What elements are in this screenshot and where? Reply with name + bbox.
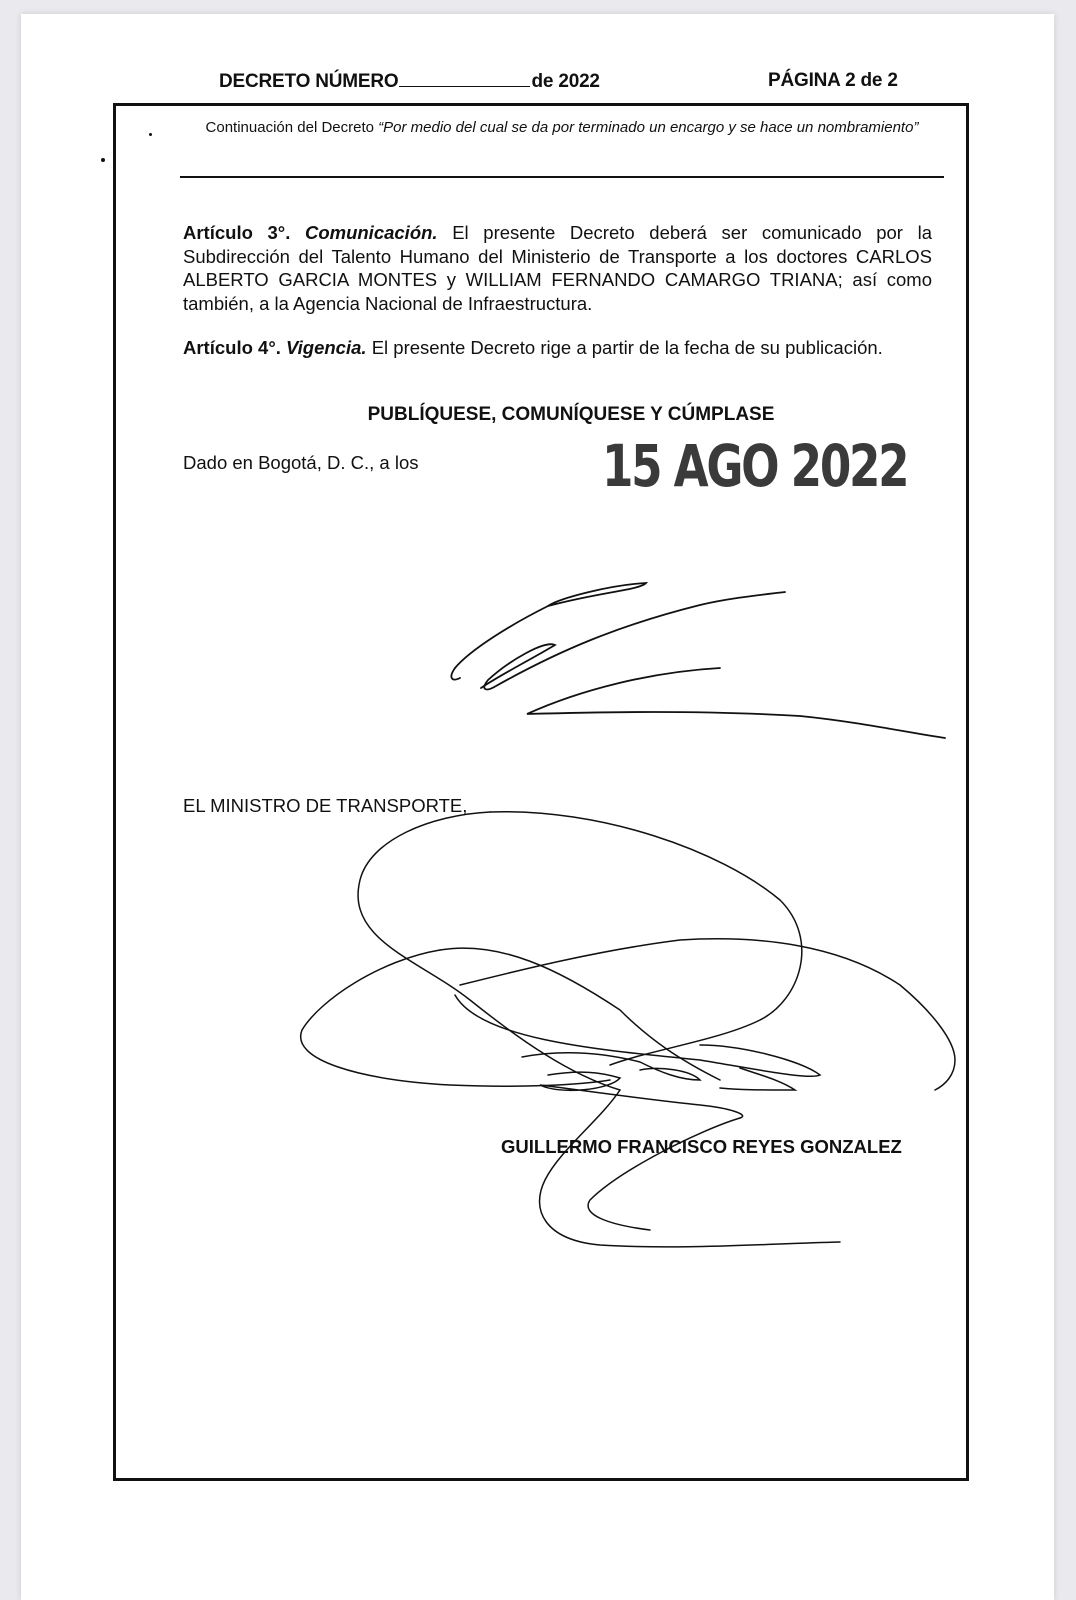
decree-subtitle: Continuación del Decreto “Por medio del …	[180, 118, 944, 137]
subtitle-title: “Por medio del cual se da por terminado …	[378, 119, 918, 136]
decree-number-header: DECRETO NÚMEROde 2022	[219, 70, 600, 93]
article-heading: Comunicación.	[305, 222, 438, 243]
article-body: El presente Decreto rige a partir de la …	[372, 337, 883, 358]
signer-name: GUILLERMO FRANCISCO REYES GONZALEZ	[501, 1136, 902, 1158]
article-3: Artículo 3°. Comunicación. El presente D…	[183, 221, 932, 315]
article-number: Artículo 4°.	[183, 337, 281, 358]
closing-formula: PUBLÍQUESE, COMUNÍQUESE Y CÚMPLASE	[183, 404, 959, 426]
header-divider	[180, 176, 944, 178]
article-4: Artículo 4°. Vigencia. El presente Decre…	[183, 336, 932, 360]
article-heading: Vigencia.	[286, 337, 367, 358]
article-number: Artículo 3°.	[183, 222, 290, 243]
signer-title: EL MINISTRO DE TRANSPORTE,	[183, 795, 467, 817]
date-stamp: 15 AGO 2022	[602, 432, 907, 500]
decree-number-blank	[399, 70, 530, 87]
page-indicator: PÁGINA 2 de 2	[768, 70, 898, 92]
decree-number-label: DECRETO NÚMERO	[219, 71, 398, 92]
subtitle-prefix: Continuación del Decreto	[206, 119, 379, 136]
scan-speck	[149, 133, 152, 136]
article-body: El presente Decreto deberá ser comunicad…	[183, 222, 932, 314]
decree-year: de 2022	[531, 71, 599, 92]
scan-speck	[101, 158, 105, 162]
given-at-text: Dado en Bogotá, D. C., a los	[183, 452, 419, 474]
